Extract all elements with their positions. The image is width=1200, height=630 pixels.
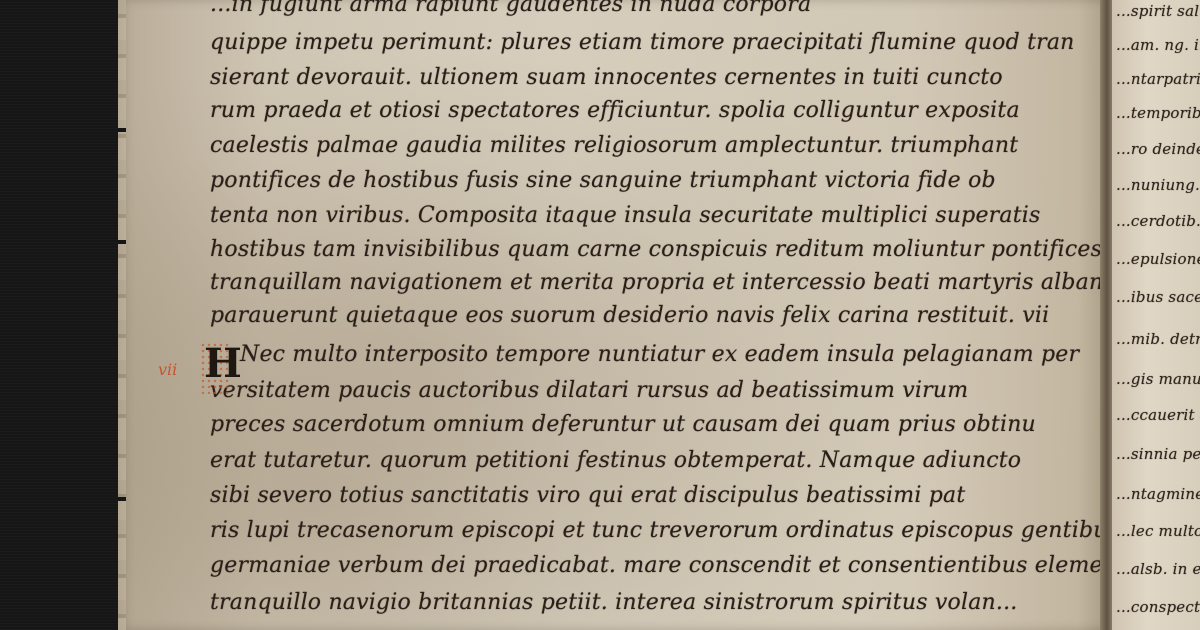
text-line: ...lec multo po [1116,522,1200,540]
text-line: ...ntagmine [1116,485,1200,503]
text-line: ...epulsione et ill [1116,250,1200,268]
text-line: ...spirit saluo [1116,2,1200,20]
text-line: ...conspectum a [1116,598,1200,616]
text-line: parauerunt quietaque eos suorum desideri… [210,303,1049,328]
text-line: ...alsb. in eum [1116,560,1200,578]
text-line: tenta non viribus. Composita itaque insu… [210,203,1041,228]
text-line: ...nuniung. sita [1116,176,1200,194]
text-line: ...sinnia peuch a [1116,445,1200,463]
text-line: quippe impetu perimunt: plures etiam tim… [210,30,1075,55]
text-line: rum praeda et otiosi spectatores efficiu… [210,98,1020,123]
text-line: versitatem paucis auctoribus dilatari ru… [210,378,968,403]
text-line: ...ntarpatri [1116,70,1200,88]
text-line: erat tutaretur. quorum petitioni festinu… [210,448,1021,473]
text-line: ...cerdotib. addu [1116,212,1200,230]
decorated-initial: H [204,340,242,387]
parchment-edge-notch [118,128,126,132]
text-line: ...am. ng. in op [1116,36,1200,54]
rubric-chapter-numeral: vii [158,360,177,379]
facing-folio: ...spirit saluo ...am. ng. in op ...ntar… [1112,0,1200,630]
text-line: ...ro deindead [1116,140,1200,158]
text-line: sierant devorauit. ultionem suam innocen… [210,65,1003,90]
text-line: Nec multo interposito tempore nuntiatur … [240,342,1079,367]
text-line: pontifices de hostibus fusis sine sangui… [210,168,996,193]
text-line: ...in fugiunt arma rapiunt gaudentes in … [210,0,811,17]
text-line: ris lupi trecasenorum episcopi et tunc t… [210,518,1200,543]
text-line: hostibus tam invisibilibus quam carne co… [210,237,1193,262]
parchment-edge-notch [118,497,126,501]
text-line: caelestis palmae gaudia milites religios… [210,133,1018,158]
parchment-edge-notch [118,240,126,244]
text-line: sibi severo totius sanctitatis viro qui … [210,483,965,508]
text-line: ...ibus sacerdotum [1116,288,1200,306]
text-line: ...temporib. om [1116,104,1200,122]
text-line: tranquillam navigationem et merita propr… [210,270,1111,295]
text-line: ...ccauerit adua [1116,406,1200,424]
text-line: ...gis manus po [1116,370,1200,388]
text-line: preces sacerdotum omnium deferuntur ut c… [210,412,1036,437]
text-line: germaniae verbum dei praedicabat. mare c… [210,553,1145,578]
dark-cloth-background [0,0,124,630]
text-line: tranquillo navigio britannias petiit. in… [210,590,1017,615]
text-line: ...mib. detracta [1116,330,1200,348]
